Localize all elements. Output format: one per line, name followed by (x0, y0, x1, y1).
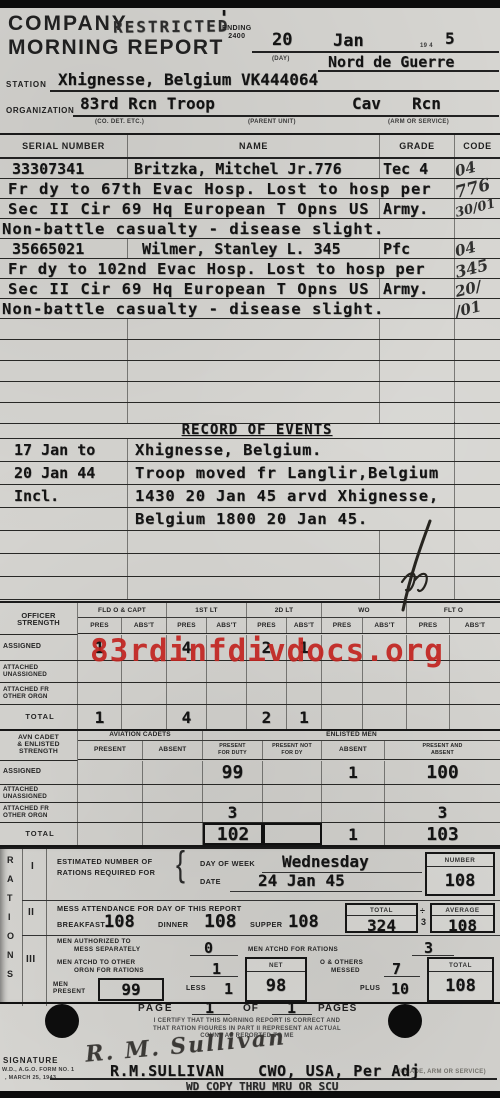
code-name-underline (318, 70, 499, 72)
men-present-box: 99 (98, 978, 164, 1001)
roster-blank-row (0, 382, 500, 403)
ending-2400-label: ENDING 2400 (222, 25, 252, 41)
number-box-value: 108 (427, 867, 493, 894)
total-box-value: 324 (347, 916, 416, 935)
signature-label: SIGNATURE (3, 1056, 59, 1065)
rations-number-box: NUMBER 108 (425, 852, 495, 896)
roster-header-row: SERIAL NUMBER NAME GRADE CODE (0, 135, 500, 159)
others-messed-label-1: O & OTHERS (320, 959, 363, 966)
rations-required-label-2: RATIONS REQUIRED FOR (57, 868, 155, 877)
event-row: 20 Jan 44 Troop moved fr Langlir,Belgium (0, 462, 500, 485)
remark-grade-col: Army. (380, 279, 455, 298)
col-header-grade: GRADE (380, 135, 455, 157)
event-text: Troop moved fr Langlir,Belgium (128, 462, 455, 484)
event-date (0, 508, 128, 530)
average-box-value: 108 (432, 916, 493, 935)
col-absent: ABSENT (322, 741, 385, 759)
event-text: Xhignesse, Belgium. (128, 439, 455, 461)
service-value: Rcn (412, 94, 441, 113)
arm-service-caption: (ARM OR SERVICE) (388, 119, 449, 125)
remark-text: Non-battle casualty - disease slight. (0, 219, 455, 238)
ending-label: ENDING (222, 25, 252, 33)
handwritten-code: 04 (453, 237, 478, 260)
plus-label: PLUS (360, 985, 380, 992)
rations-grand-total-box: TOTAL 108 (427, 957, 494, 1002)
group-2d-lt: 2D LT (247, 603, 322, 617)
label-line: AVN CADET (17, 734, 59, 741)
officer-cell: 2 (247, 705, 287, 729)
breakfast-label: BREAKFAST (57, 920, 105, 929)
form-title-line2: MORNING REPORT (8, 36, 224, 60)
day-of-week-value: Wednesday (282, 852, 369, 871)
officer-cell: 1 (78, 705, 122, 729)
group-fld-o-capt: FLD O & CAPT (78, 603, 167, 617)
form-number: W.D., A.G.O. FORM NO. 1 (2, 1067, 74, 1073)
row-label: ATTACHED UNASSIGNED (3, 665, 53, 678)
men-authorized-label-2: MESS SEPARATELY (74, 946, 140, 953)
serial-number: 33307341 (0, 159, 128, 178)
officer-row-attached-fr-other: ATTACHED FR OTHER ORGN (0, 683, 500, 705)
men-present-label: MEN PRESENT (53, 981, 91, 995)
year-print: 19 4 (420, 43, 433, 49)
day-caption: (DAY) (272, 56, 290, 62)
label-line: & ENLISTED (17, 741, 59, 748)
number-box-label: NUMBER (427, 854, 493, 867)
event-text: 1430 20 Jan 45 arvd Xhignesse, (128, 485, 455, 507)
morning-report-document: COMPANY MORNING REPORT RESTRICTED ' ENDI… (0, 0, 500, 1098)
grade: Pfc (380, 239, 455, 258)
remark-text: Fr dy to 67th Evac Hosp. Lost to hosp pe… (0, 179, 455, 198)
organization-underline (73, 115, 499, 117)
col-present-for-duty: PRESENT FOR DUTY (215, 743, 251, 757)
less-value: 1 (224, 980, 233, 998)
arm-value: Cav (352, 94, 381, 113)
handwritten-code: 04 (453, 157, 478, 180)
sub-pres: PRES (247, 618, 287, 633)
men-authorized-label-1: MEN AUTHORIZED TO (57, 938, 131, 945)
rations-required-label-1: ESTIMATED NUMBER OF (57, 857, 152, 866)
roster-blank-row (0, 403, 500, 424)
mess-total-box: TOTAL 324 (345, 903, 418, 933)
report-year: 5 (445, 29, 455, 48)
group-aviation-cadets: AVIATION CADETS (78, 729, 203, 740)
enlisted-row-total: TOTAL 102 1 103 (0, 823, 500, 847)
col-present-and-absent: PRESENT AND ABSENT (419, 743, 467, 757)
sub-pres: PRES (78, 618, 122, 633)
code-name: Nord de Guerre (328, 53, 454, 71)
sub-abst: ABS'T (207, 618, 247, 633)
col-present-not-for-dy: PRESENT NOT FOR DY (272, 743, 312, 757)
roster-blank-row (0, 319, 500, 340)
enlisted-cell (143, 761, 203, 784)
ending-time: 2400 (222, 33, 252, 41)
less-label: LESS (186, 985, 206, 992)
scan-edge-top (0, 0, 500, 8)
row-label: ATTACHED UNASSIGNED (3, 787, 53, 800)
total-box-label: TOTAL (347, 905, 416, 916)
net-box-value: 98 (247, 972, 305, 1000)
dinner-label: DINNER (158, 920, 188, 929)
row-label: ATTACHED FR OTHER ORGN (3, 687, 55, 700)
divide-by-value: 3 (421, 917, 426, 927)
remark-text: Sec II Cir 69 Hq European T Opns US (0, 199, 380, 218)
row-label: TOTAL (0, 705, 78, 729)
row-label: ASSIGNED (0, 761, 78, 784)
day-of-week-label: DAY OF WEEK (200, 859, 255, 868)
event-date: Incl. (0, 485, 128, 507)
brace-glyph: { (176, 844, 185, 886)
section-numeral-1: I (31, 861, 34, 872)
pages-underline (272, 1014, 312, 1015)
sub-pres: PRES (407, 618, 450, 633)
rations-letter: I (8, 912, 11, 922)
officer-strength-label-text: OFFICER STRENGTH (10, 612, 68, 626)
men-present-value: 99 (121, 980, 140, 999)
rations-letter: N (7, 950, 14, 960)
officer-row-total: TOTAL 1 4 2 1 (0, 705, 500, 731)
sub-abst: ABS'T (122, 618, 167, 633)
officer-cell (450, 635, 500, 660)
men-atchd-rations-label: MEN ATCHD FOR RATIONS (248, 946, 338, 953)
organization-value: 83rd Rcn Troop (80, 94, 215, 113)
enlisted-total-boxed: 102 (203, 823, 263, 845)
remark-text: Non-battle casualty - disease slight. (0, 299, 455, 318)
col-cadet-absent: ABSENT (143, 741, 203, 759)
roster-row: 33307341 Britzka, Mitchel Jr.776 Tec 4 0… (0, 159, 500, 179)
roster-row: Non-battle casualty - disease slight. /0… (0, 299, 500, 319)
of-label: OF (243, 1003, 259, 1014)
officer-cell (207, 705, 247, 729)
value-underline (190, 955, 238, 956)
enlisted-cell: 99 (203, 761, 263, 784)
officer-strength-label: OFFICER STRENGTH (0, 603, 78, 635)
enlisted-row-assigned: ASSIGNED 99 1 100 (0, 761, 500, 785)
rations-letter: T (7, 893, 13, 903)
watermark: 83rdinfdivdocs.org (90, 633, 444, 669)
plus-value: 10 (391, 980, 409, 998)
sub-pres: PRES (322, 618, 363, 633)
section-numeral-3: III (26, 954, 36, 965)
col-header-serial: SERIAL NUMBER (0, 135, 128, 157)
rations-section: R A T I O N S I II III ESTIMATED NUMBER … (0, 847, 500, 1004)
rations-letter: O (7, 931, 14, 941)
rations-letter: S (7, 969, 13, 979)
roster-table: SERIAL NUMBER NAME GRADE CODE 33307341 B… (0, 133, 500, 424)
page-label: PAGE (138, 1003, 174, 1014)
supper-label: SUPPER (250, 920, 282, 929)
section-divider (22, 935, 500, 936)
enlisted-total-boxed (263, 823, 322, 845)
col-header-name: NAME (128, 135, 380, 157)
remark-grade-col: Army. (380, 199, 455, 218)
officer-cell: 1 (287, 705, 322, 729)
supper-value: 108 (288, 912, 319, 932)
atchd-other-label-2: ORGN FOR RATIONS (74, 967, 144, 974)
station-label: STATION (6, 80, 47, 89)
roster-row: Fr dy to 67th Evac Hosp. Lost to hosp pe… (0, 179, 500, 199)
net-box-label: NET (247, 959, 305, 972)
remark-text: Sec II Cir 69 Hq European T Opns US (0, 279, 380, 298)
officer-cell (407, 705, 450, 729)
organization-label: ORGANIZATION (6, 106, 74, 115)
roster-blank-row (0, 361, 500, 382)
officer-cell (450, 705, 500, 729)
others-messed-label-2: MESSED (331, 967, 360, 974)
report-month: Jan (333, 31, 364, 51)
report-day: 20 (272, 30, 292, 50)
section-numeral-2: II (28, 907, 34, 918)
grade: Tec 4 (380, 159, 455, 178)
roster-row: 35665021 Wilmer, Stanley L. 345 Pfc 04 (0, 239, 500, 259)
events-title-row: RECORD OF EVENTS (0, 422, 500, 439)
form-title-line1: COMPANY (8, 12, 128, 36)
station-underline (50, 90, 499, 92)
sub-abst: ABS'T (287, 618, 322, 633)
punch-hole (45, 1004, 79, 1038)
roster-row: Fr dy to 102nd Evac Hosp. Lost to hosp p… (0, 259, 500, 279)
enlisted-cell: 1 (322, 761, 385, 784)
section-divider (22, 900, 500, 901)
event-row: 17 Jan to Xhignesse, Belgium. (0, 439, 500, 462)
roster-row: Sec II Cir 69 Hq European T Opns US Army… (0, 279, 500, 299)
divide-sign: ÷ (420, 906, 425, 916)
net-box: NET 98 (245, 957, 307, 1002)
sub-abst: ABS'T (450, 618, 500, 633)
pages-label: PAGES (318, 1003, 357, 1014)
serial-number: 35665021 (0, 239, 128, 258)
label-line: STRENGTH (17, 748, 59, 755)
enlisted-cell: 3 (203, 803, 263, 822)
punch-hole (388, 1004, 422, 1038)
enlisted-cell: 1 (322, 823, 385, 845)
date-label: DATE (200, 877, 221, 886)
date-underline (230, 891, 422, 892)
remark-text: Fr dy to 102nd Evac Hosp. Lost to hosp p… (0, 259, 455, 278)
rations-letter: A (7, 874, 14, 884)
roster-row: Non-battle casualty - disease slight. (0, 219, 500, 239)
dinner-value: 108 (204, 911, 237, 932)
officer-cell (363, 705, 407, 729)
group-enlisted-men: ENLISTED MEN (203, 729, 500, 740)
handwritten-flourish (382, 518, 444, 614)
date-value: 24 Jan 45 (258, 871, 345, 890)
copy-routing-note: WD COPY THRU MRU OR SCU (186, 1080, 338, 1093)
enlisted-cell: 100 (385, 761, 500, 784)
enlisted-cell: 103 (385, 823, 500, 845)
event-date: 17 Jan to (0, 439, 128, 461)
mess-average-box: AVERAGE 108 (430, 903, 495, 933)
soldier-name: Wilmer, Stanley L. 345 (128, 239, 380, 258)
roster-row: Sec II Cir 69 Hq European T Opns US Army… (0, 199, 500, 219)
average-box-label: AVERAGE (432, 905, 493, 916)
page-underline (192, 1014, 230, 1015)
station-value: Xhignesse, Belgium VK444064 (58, 70, 318, 89)
officer-cell (322, 705, 363, 729)
cert-line: I CERTIFY THAT THIS MORNING REPORT IS CO… (118, 1018, 376, 1026)
events-title: RECORD OF EVENTS (0, 422, 455, 438)
row-label: ATTACHED FR OTHER ORGN (3, 806, 55, 819)
enlisted-strength-table: AVN CADET & ENLISTED STRENGTH AVIATION C… (0, 729, 500, 847)
group-1st-lt: 1ST LT (167, 603, 247, 617)
atchd-other-label-1: MEN ATCHD TO OTHER (57, 959, 135, 966)
value-underline (190, 976, 238, 977)
roster-blank-row (0, 340, 500, 361)
event-date: 20 Jan 44 (0, 462, 128, 484)
col-header-code: CODE (455, 135, 500, 157)
sub-abst: ABS'T (363, 618, 407, 633)
value-underline (384, 976, 420, 977)
parent-unit-caption: (PARENT UNIT) (248, 119, 296, 125)
form-date: , MARCH 25, 1943 (5, 1075, 56, 1081)
grand-total-box-value: 108 (429, 972, 492, 1000)
rations-rail-divider (46, 849, 47, 1006)
sub-pres: PRES (167, 618, 207, 633)
row-label: ASSIGNED (0, 635, 78, 660)
enlisted-row-attached-unassigned: ATTACHED UNASSIGNED (0, 785, 500, 803)
enlisted-cell: 3 (385, 803, 500, 822)
restricted-stamp: RESTRICTED (113, 16, 230, 36)
rations-letter: R (7, 855, 14, 865)
enlisted-strength-label: AVN CADET & ENLISTED STRENGTH (0, 729, 78, 761)
breakfast-value: 108 (104, 912, 135, 932)
enlisted-row-attached-fr-other: ATTACHED FR OTHER ORGN 3 3 (0, 803, 500, 823)
soldier-name: Britzka, Mitchel Jr.776 (128, 159, 380, 178)
row-label: TOTAL (0, 823, 78, 845)
event-row: Incl. 1430 20 Jan 45 arvd Xhignesse, (0, 485, 500, 508)
col-cadet-present: PRESENT (78, 741, 143, 759)
enlisted-cell (78, 761, 143, 784)
officer-cell: 4 (167, 705, 207, 729)
org-caption: (CO. DET. ETC.) (95, 119, 144, 125)
enlisted-cell (263, 761, 322, 784)
rations-rail-divider (22, 849, 23, 1006)
officer-cell (122, 705, 167, 729)
grand-total-box-label: TOTAL (429, 959, 492, 972)
